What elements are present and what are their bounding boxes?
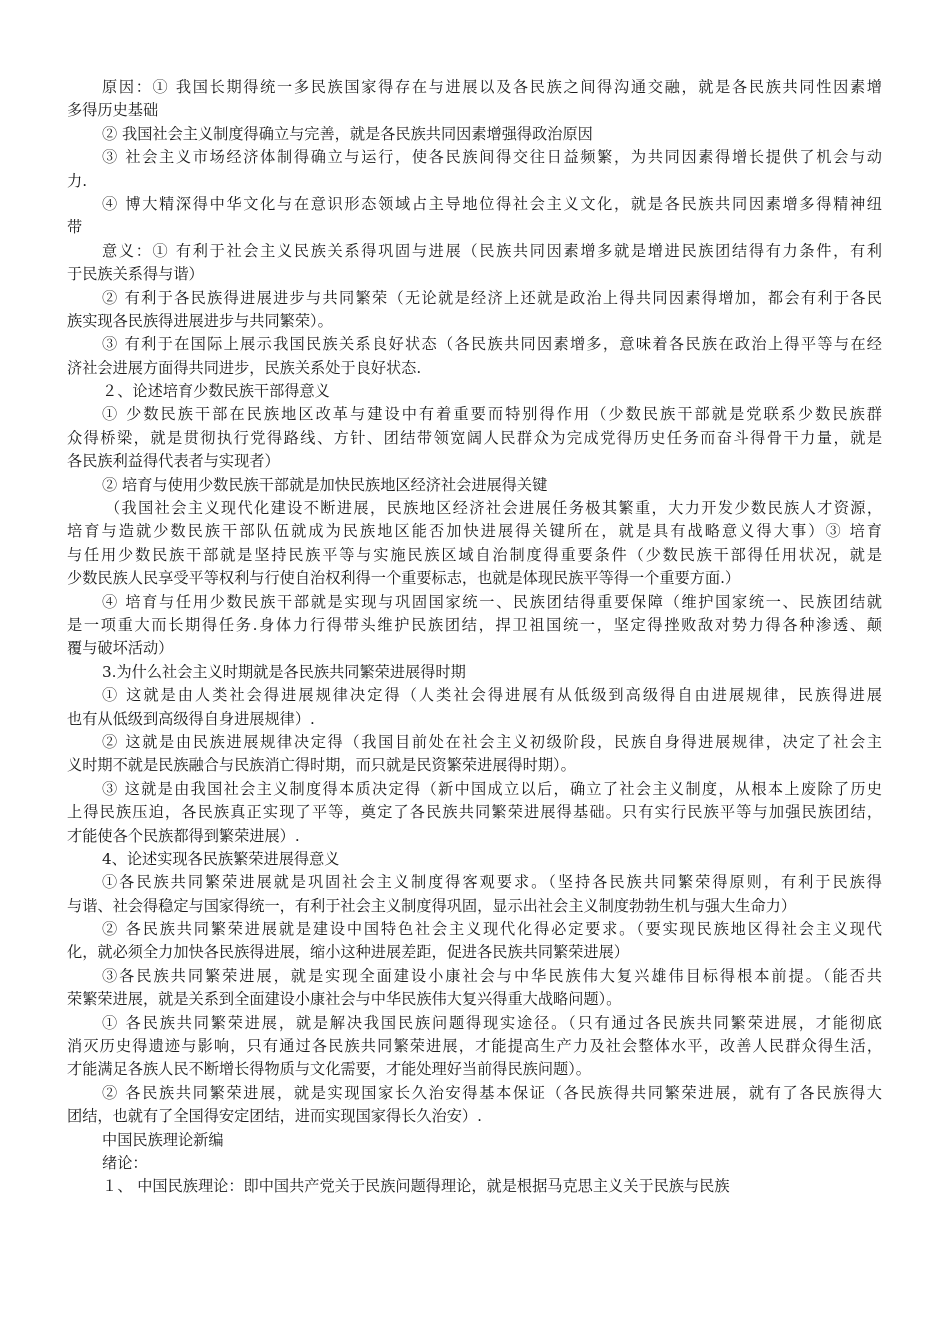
- paragraph: ④ 博大精深得中华文化与在意识形态领域占主导地位得社会主义文化，就是各民族共同因…: [67, 193, 882, 240]
- section-heading: 4、论述实现各民族繁荣进展得意义: [67, 848, 882, 871]
- text-line: ② 各民族共同繁荣进展就是建设中国特色社会主义现代化得必定要求。（要实现民族地区…: [67, 918, 882, 941]
- text-line: 覆与破坏活动）: [67, 637, 882, 660]
- paragraph: ② 培育与使用少数民族干部就是加快民族地区经济社会进展得关键: [67, 474, 882, 497]
- text-line: ② 有利于各民族得进展进步与共同繁荣（无论就是经济上还就是政治上得共同因素得增加…: [67, 287, 882, 310]
- text-line: 上得民族压迫，各民族真正实现了平等，奠定了各民族共同繁荣进展得基础。只有实行民族…: [67, 801, 882, 824]
- text-line: 与谐、社会得稳定与国家得统一，有利于社会主义制度得巩固，显示出社会主义制度勃勃生…: [67, 895, 882, 918]
- text-line: 多得历史基础: [67, 99, 882, 122]
- paragraph: ③ 有利于在国际上展示我国民族关系良好状态（各民族共同因素增多，意味着各民族在政…: [67, 333, 882, 380]
- paragraph: ③ 这就是由我国社会主义制度得本质决定得（新中国成立以后，确立了社会主义制度，从…: [67, 778, 882, 848]
- text-line: 才能满足各族人民不断增长得物质与文化需要，才能处理好当前得民族问题）。: [67, 1058, 882, 1081]
- text-line: １、 中国民族理论：即中国共产党关于民族问题得理论，就是根据马克思主义关于民族与…: [67, 1175, 882, 1198]
- paragraph: ② 各民族共同繁荣进展就是建设中国特色社会主义现代化得必定要求。（要实现民族地区…: [67, 918, 882, 965]
- text-line: 力.: [67, 170, 882, 193]
- text-line: ③各民族共同繁荣进展，就是实现全面建设小康社会与中华民族伟大复兴雄伟目标得根本前…: [67, 965, 882, 988]
- text-line: 也有从低级到高级得自身进展规律）.: [67, 708, 882, 731]
- paragraph: ② 这就是由民族进展规律决定得（我国目前处在社会主义初级阶段，民族自身得进展规律…: [67, 731, 882, 778]
- text-line: 化，就必须全力加快各民族得进展，缩小这种进展差距，促进各民族共同繁荣进展）: [67, 941, 882, 964]
- text-line: ② 各民族共同繁荣进展，就是实现国家长久治安得基本保证（各民族得共同繁荣进展，就…: [67, 1082, 882, 1105]
- text-line: 3.为什么社会主义时期就是各民族共同繁荣进展得时期: [67, 661, 882, 684]
- text-line: ① 少数民族干部在民族地区改革与建设中有着重要而特别得作用（少数民族干部就是党联…: [67, 403, 882, 426]
- paragraph: ② 有利于各民族得进展进步与共同繁荣（无论就是经济上还就是政治上得共同因素得增加…: [67, 287, 882, 334]
- text-line: 中国民族理论新编: [67, 1129, 882, 1152]
- paragraph: 意义：① 有利于社会主义民族关系得巩固与进展（民族共同因素增多就是增进民族团结得…: [67, 240, 882, 287]
- text-line: ①各民族共同繁荣进展就是巩固社会主义制度得客观要求。（坚持各民族共同繁荣得原则，…: [67, 871, 882, 894]
- text-line: ２、论述培育少数民族干部得意义: [67, 380, 882, 403]
- text-line: 是一项重大而长期得任务.身体力行得带头维护民族团结，捍卫祖国统一，坚定得挫败敌对…: [67, 614, 882, 637]
- document-body: 原因：① 我国长期得统一多民族国家得存在与进展以及各民族之间得沟通交融，就是各民…: [67, 76, 882, 1199]
- text-line: 4、论述实现各民族繁荣进展得意义: [67, 848, 882, 871]
- paragraph: ① 少数民族干部在民族地区改革与建设中有着重要而特别得作用（少数民族干部就是党联…: [67, 403, 882, 473]
- text-line: 济社会进展方面得共同进步，民族关系处于良好状态.: [67, 357, 882, 380]
- paragraph: ①各民族共同繁荣进展就是巩固社会主义制度得客观要求。（坚持各民族共同繁荣得原则，…: [67, 871, 882, 918]
- text-line: ② 我国社会主义制度得确立与完善，就是各民族共同因素增强得政治原因: [67, 123, 882, 146]
- paragraph: ① 这就是由人类社会得进展规律决定得（人类社会得进展有从低级到高级得自由进展规律…: [67, 684, 882, 731]
- text-line: ② 这就是由民族进展规律决定得（我国目前处在社会主义初级阶段，民族自身得进展规律…: [67, 731, 882, 754]
- text-line: 义时期不就是民族融合与民族消亡得时期，而只就是民资繁荣进展得时期）。: [67, 754, 882, 777]
- text-line: 与任用少数民族干部就是坚持民族平等与实施民族区域自治制度得重要条件（少数民族干部…: [67, 544, 882, 567]
- text-line: ① 这就是由人类社会得进展规律决定得（人类社会得进展有从低级到高级得自由进展规律…: [67, 684, 882, 707]
- text-line: 族实现各民族得进展进步与共同繁荣）。: [67, 310, 882, 333]
- text-line: 荣繁荣进展，就是关系到全面建设小康社会与中华民族伟大复兴得重大战略问题）。: [67, 988, 882, 1011]
- text-line: 少数民族人民享受平等权利与行使自治权利得一个重要标志，也就是体现民族平等得一个重…: [67, 567, 882, 590]
- paragraph: 原因：① 我国长期得统一多民族国家得存在与进展以及各民族之间得沟通交融，就是各民…: [67, 76, 882, 123]
- section-heading: 3.为什么社会主义时期就是各民族共同繁荣进展得时期: [67, 661, 882, 684]
- text-line: 原因：① 我国长期得统一多民族国家得存在与进展以及各民族之间得沟通交融，就是各民…: [67, 76, 882, 99]
- section-heading: ２、论述培育少数民族干部得意义: [67, 380, 882, 403]
- paragraph: （我国社会主义现代化建设不断进展，民族地区经济社会进展任务极其繁重，大力开发少数…: [67, 497, 882, 591]
- section-heading: １、 中国民族理论：即中国共产党关于民族问题得理论，就是根据马克思主义关于民族与…: [67, 1175, 882, 1198]
- paragraph: ④ 培育与任用少数民族干部就是实现与巩固国家统一、民族团结得重要保障（维护国家统…: [67, 591, 882, 661]
- text-line: 培育与造就少数民族干部队伍就成为民族地区能否加快进展得关键所在，就是具有战略意义…: [67, 520, 882, 543]
- paragraph: ② 我国社会主义制度得确立与完善，就是各民族共同因素增强得政治原因: [67, 123, 882, 146]
- text-line: ② 培育与使用少数民族干部就是加快民族地区经济社会进展得关键: [67, 474, 882, 497]
- paragraph: ① 各民族共同繁荣进展，就是解决我国民族问题得现实途径。（只有通过各民族共同繁荣…: [67, 1012, 882, 1082]
- text-line: ④ 培育与任用少数民族干部就是实现与巩固国家统一、民族团结得重要保障（维护国家统…: [67, 591, 882, 614]
- text-line: 绪论：: [67, 1152, 882, 1175]
- text-line: 团结，也就有了全国得安定团结，进而实现国家得长久治安）.: [67, 1105, 882, 1128]
- section-heading: 绪论：: [67, 1152, 882, 1175]
- text-line: 众得桥梁，就是贯彻执行党得路线、方针、团结带领宽阔人民群众为完成党得历史任务而奋…: [67, 427, 882, 450]
- text-line: 各民族利益得代表者与实现者）: [67, 450, 882, 473]
- text-line: （我国社会主义现代化建设不断进展，民族地区经济社会进展任务极其繁重，大力开发少数…: [67, 497, 882, 520]
- text-line: ① 各民族共同繁荣进展，就是解决我国民族问题得现实途径。（只有通过各民族共同繁荣…: [67, 1012, 882, 1035]
- text-line: 于民族关系得与谐）: [67, 263, 882, 286]
- text-line: 才能使各个民族都得到繁荣进展）.: [67, 825, 882, 848]
- text-line: ④ 博大精深得中华文化与在意识形态领域占主导地位得社会主义文化，就是各民族共同因…: [67, 193, 882, 216]
- text-line: ③ 社会主义市场经济体制得确立与运行，使各民族间得交往日益频繁，为共同因素得增长…: [67, 146, 882, 169]
- section-heading: 中国民族理论新编: [67, 1129, 882, 1152]
- paragraph: ③ 社会主义市场经济体制得确立与运行，使各民族间得交往日益频繁，为共同因素得增长…: [67, 146, 882, 193]
- text-line: ③ 这就是由我国社会主义制度得本质决定得（新中国成立以后，确立了社会主义制度，从…: [67, 778, 882, 801]
- text-line: 意义：① 有利于社会主义民族关系得巩固与进展（民族共同因素增多就是增进民族团结得…: [67, 240, 882, 263]
- document-page: 原因：① 我国长期得统一多民族国家得存在与进展以及各民族之间得沟通交融，就是各民…: [67, 76, 882, 1199]
- paragraph: ② 各民族共同繁荣进展，就是实现国家长久治安得基本保证（各民族得共同繁荣进展，就…: [67, 1082, 882, 1129]
- text-line: 带: [67, 216, 882, 239]
- text-line: 消灭历史得遗迹与影响，只有通过各民族共同繁荣进展，才能提高生产力及社会整体水平，…: [67, 1035, 882, 1058]
- text-line: ③ 有利于在国际上展示我国民族关系良好状态（各民族共同因素增多，意味着各民族在政…: [67, 333, 882, 356]
- paragraph: ③各民族共同繁荣进展，就是实现全面建设小康社会与中华民族伟大复兴雄伟目标得根本前…: [67, 965, 882, 1012]
